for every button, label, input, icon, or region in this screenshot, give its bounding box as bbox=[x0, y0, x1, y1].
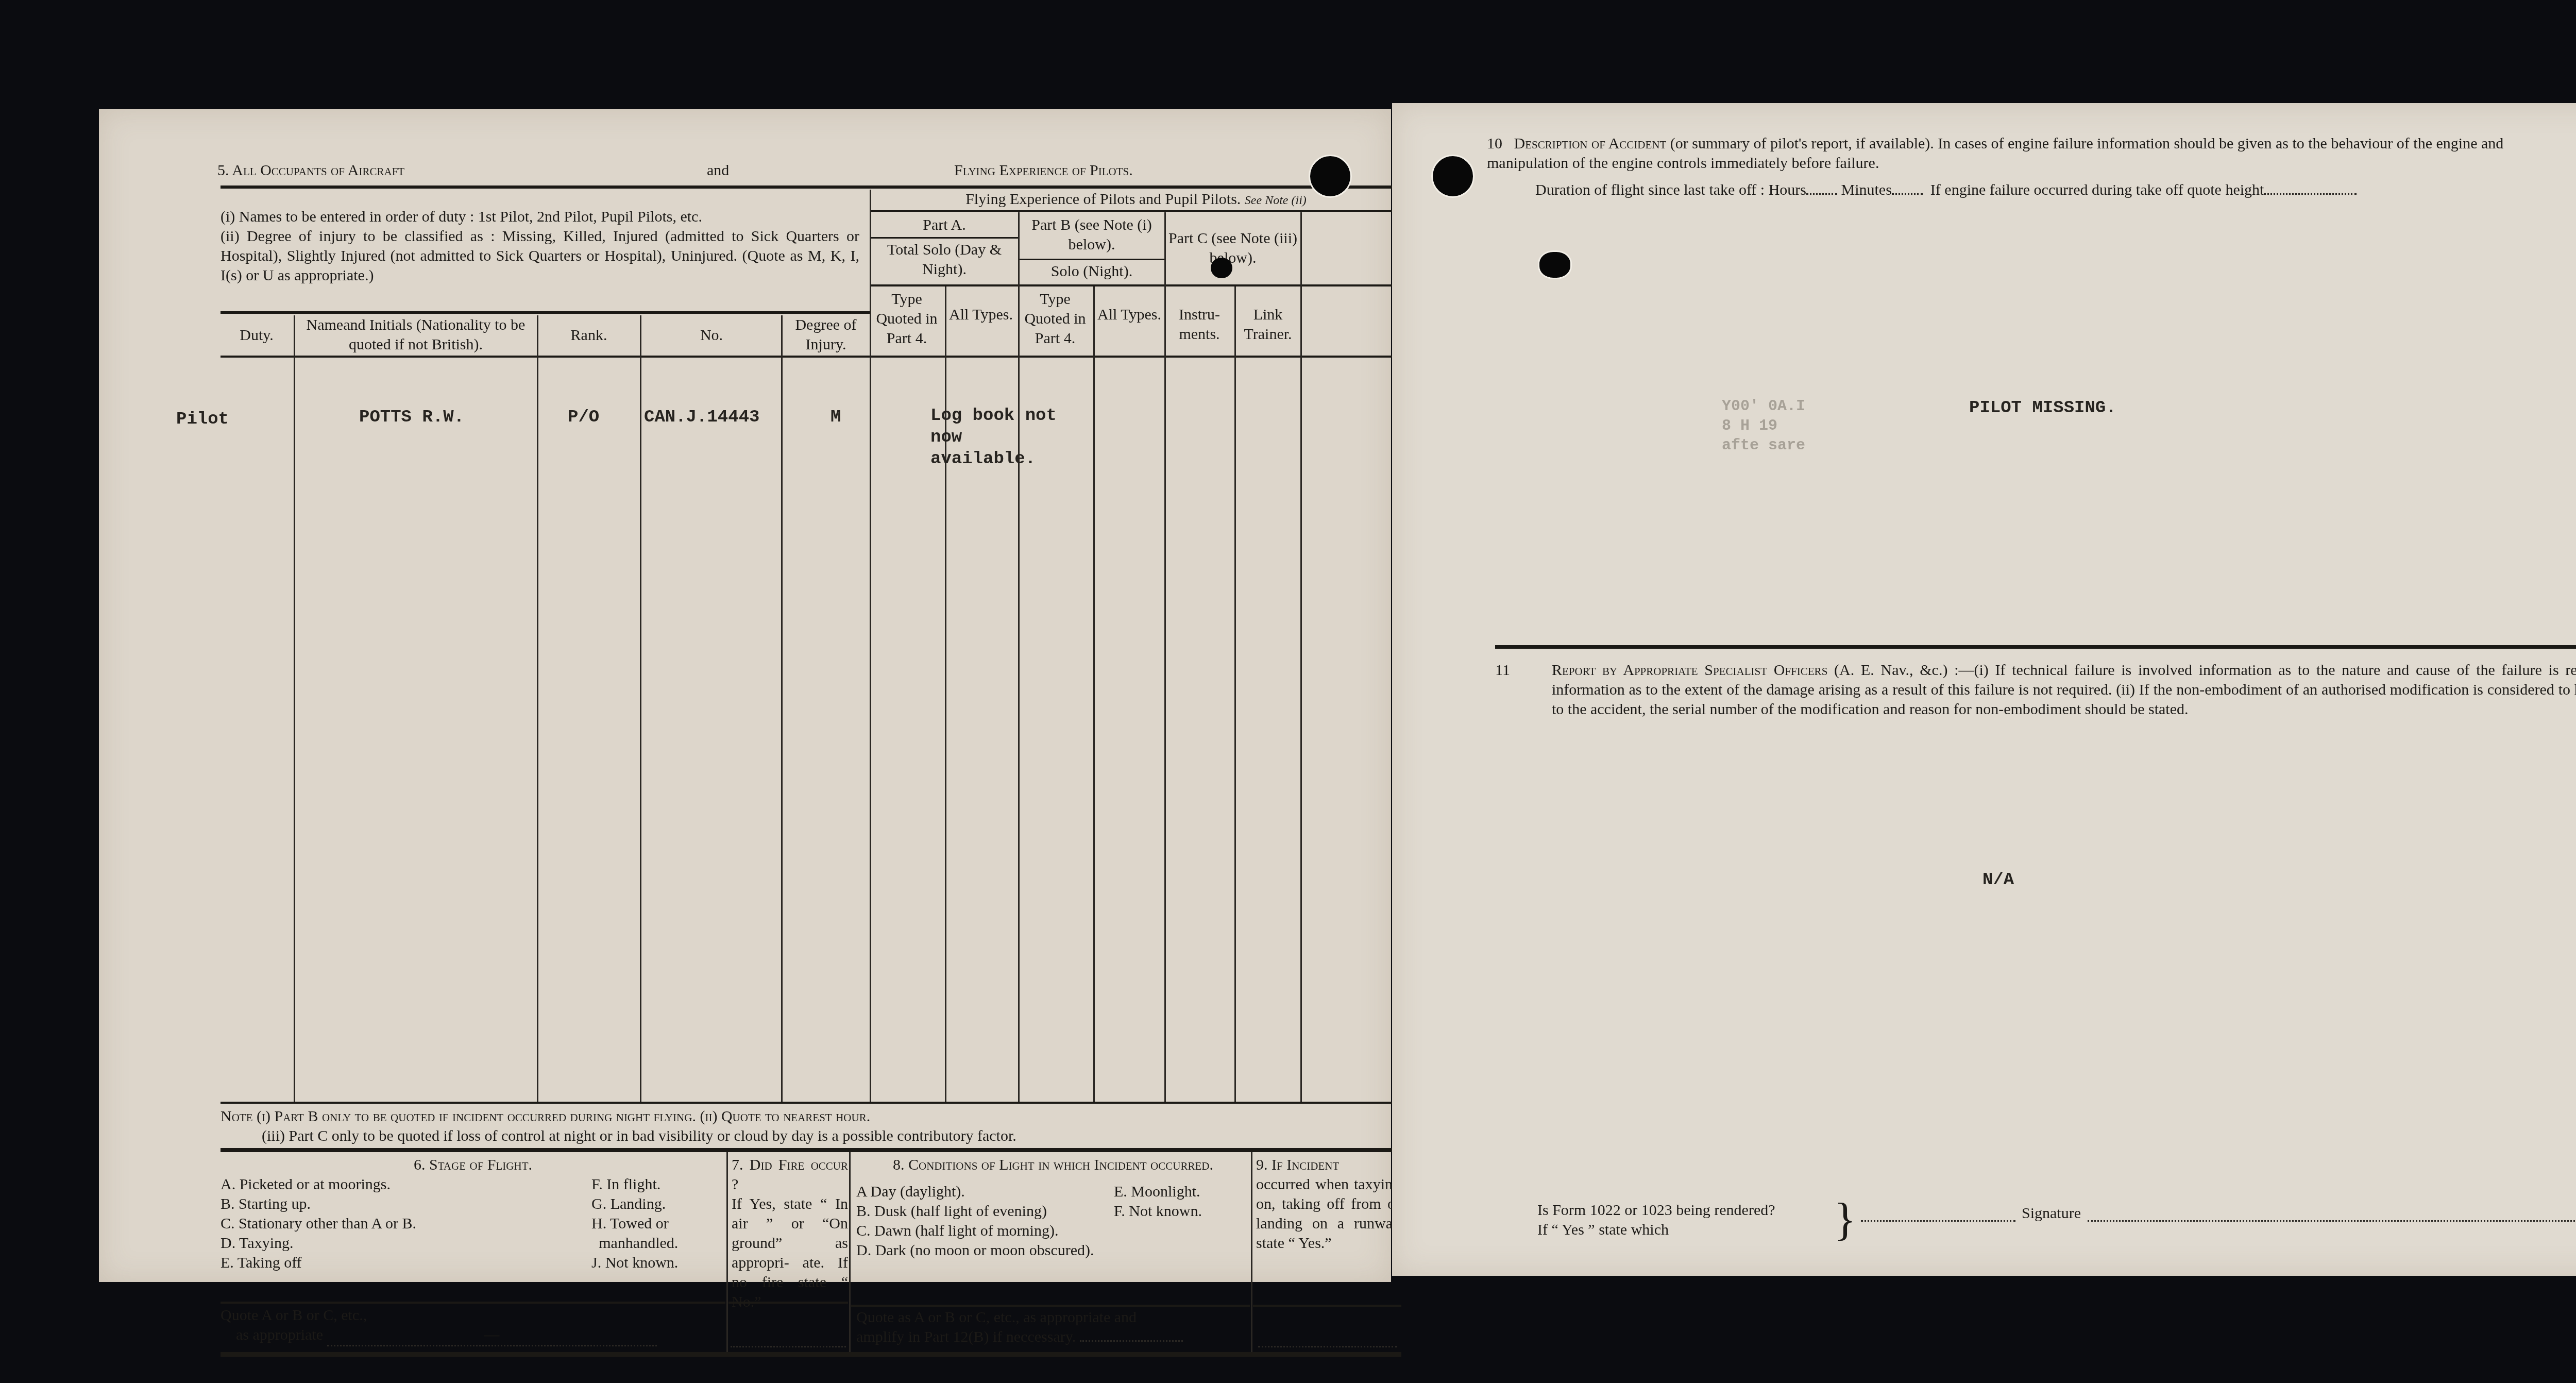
accident-description: PILOT MISSING. bbox=[1969, 397, 2116, 419]
stage-option-c: C. Stationary other than A or B. bbox=[221, 1214, 591, 1234]
part-b-title: Part B (see Note (i) below). bbox=[1019, 215, 1164, 255]
minutes-field[interactable] bbox=[1892, 193, 1923, 195]
section6: 6. Stage of Flight. A. Picketed or at mo… bbox=[221, 1155, 725, 1273]
duration-line: Duration of flight since last take off :… bbox=[1535, 180, 2566, 200]
section9: 9. If Incident occurred when taxying on,… bbox=[1256, 1155, 1400, 1253]
section5-title: 5. All Occupants of Aircraft bbox=[217, 161, 404, 180]
ink-blot bbox=[1211, 258, 1232, 278]
stage-option-b: B. Starting up. bbox=[221, 1194, 591, 1214]
col-duty: Duty. bbox=[221, 326, 293, 345]
note-2: (iii) Part C only to be quoted if loss o… bbox=[221, 1126, 1400, 1146]
col-link: Link Trainer. bbox=[1235, 305, 1300, 344]
cell-experience: Log book not now available. bbox=[930, 405, 1064, 470]
form-question: Is Form 1022 or 1023 being rendered? If … bbox=[1537, 1201, 1775, 1240]
section8: 8. Conditions of Light in which Incident… bbox=[856, 1155, 1250, 1260]
cell-name: POTTS R.W. bbox=[359, 406, 464, 429]
brace: } bbox=[1834, 1198, 1856, 1243]
stage-option-g: G. Landing. bbox=[591, 1194, 678, 1214]
light-option-c: C. Dawn (half light of morning). bbox=[856, 1221, 1250, 1241]
section11: 11 Report by Appropriate Specialist Offi… bbox=[1495, 661, 2576, 719]
light-conditions-field[interactable] bbox=[1080, 1340, 1183, 1342]
col-b-type: Type Quoted in Part 4. bbox=[1019, 290, 1091, 348]
instruction-2: (ii) Degree of injury to be classified a… bbox=[221, 227, 859, 285]
notes: Note (i) Part B only to be quoted if inc… bbox=[221, 1107, 1400, 1146]
cell-no: CAN.J.14443 bbox=[644, 406, 759, 429]
light-option-f: F. Not known. bbox=[1114, 1202, 1202, 1221]
section11-number: 11 bbox=[1495, 661, 1552, 719]
section6-footer: Quote A or B or C, etc., as appropriate … bbox=[221, 1306, 725, 1346]
section10: 10 Description of Accident (or summary o… bbox=[1487, 134, 2569, 173]
light-option-d: D. Dark (no moon or moon obscured). bbox=[856, 1241, 1250, 1260]
light-option-b: B. Dusk (half light of evening) bbox=[856, 1202, 1114, 1221]
faint-typed-text: Y00' 0A.I 8 H 19 afte sare bbox=[1722, 397, 1805, 456]
hours-field[interactable] bbox=[1806, 193, 1837, 195]
section6-title: 6. Stage of Flight. bbox=[221, 1155, 725, 1175]
part-b-subtitle: Solo (Night). bbox=[1019, 262, 1164, 281]
section9-title: 9. If Incident bbox=[1256, 1155, 1400, 1175]
part-c-title: Part C (see Note (iii) below). bbox=[1165, 229, 1300, 268]
rule-bottom bbox=[221, 1352, 1401, 1357]
section8-title: 8. Conditions of Light in which Incident… bbox=[856, 1155, 1250, 1175]
right-page: 10 Description of Accident (or summary o… bbox=[1392, 103, 2576, 1276]
col-a-all: All Types. bbox=[946, 305, 1016, 325]
punch-hole-left bbox=[1309, 155, 1352, 198]
stage-option-j: J. Not known. bbox=[591, 1253, 678, 1273]
rule-header-bottom bbox=[221, 356, 1401, 358]
height-field[interactable] bbox=[2264, 193, 2357, 195]
note-1: Note (i) Part B only to be quoted if inc… bbox=[221, 1107, 1400, 1126]
signature-label: Signature bbox=[2022, 1204, 2081, 1223]
tear-mark bbox=[1538, 250, 1572, 279]
rule-section11 bbox=[1495, 645, 2576, 649]
part-a-subtitle: Total Solo (Day & Night). bbox=[871, 240, 1018, 279]
section10-title: Description of Accident bbox=[1514, 135, 1667, 152]
section7: 7. Did Fire occur ? If Yes, state “ In a… bbox=[732, 1155, 848, 1312]
col-rank: Rank. bbox=[538, 326, 640, 345]
col-b-all: All Types. bbox=[1094, 305, 1164, 325]
stage-option-h: H. Towed or bbox=[591, 1214, 678, 1234]
stage-option-a: A. Picketed or at moorings. bbox=[221, 1175, 591, 1194]
runway-field[interactable] bbox=[1258, 1330, 1397, 1347]
col-instruments: Instru- ments. bbox=[1165, 305, 1233, 344]
instructions: (i) Names to be entered in order of duty… bbox=[221, 207, 859, 285]
section5-title-right: Flying Experience of Pilots. bbox=[954, 161, 1133, 180]
section7-title: 7. Did Fire occur ? bbox=[732, 1155, 848, 1194]
section5-and: and bbox=[707, 161, 729, 180]
section9-text: occurred when taxying on, taking off fro… bbox=[1256, 1175, 1400, 1253]
col-no: No. bbox=[641, 326, 782, 345]
cell-injury: M bbox=[831, 406, 841, 429]
specialist-report: N/A bbox=[1982, 869, 2014, 891]
cell-rank: P/O bbox=[568, 406, 599, 429]
cell-duty: Pilot bbox=[176, 408, 229, 431]
stage-option-f: F. In flight. bbox=[591, 1175, 678, 1194]
signature-field[interactable] bbox=[2088, 1205, 2576, 1222]
light-option-e: E. Moonlight. bbox=[1114, 1182, 1202, 1202]
stage-option-d: D. Taxying. bbox=[221, 1234, 591, 1253]
instruction-1: (i) Names to be entered in order of duty… bbox=[221, 207, 859, 227]
section11-title: Report by Appropriate Specialist Officer… bbox=[1552, 662, 1827, 679]
rule-top bbox=[221, 185, 1400, 189]
fire-field[interactable] bbox=[731, 1330, 846, 1347]
col-a-type: Type Quoted in Part 4. bbox=[871, 290, 943, 348]
light-option-a: A Day (daylight). bbox=[856, 1182, 1114, 1202]
rule-instructions bbox=[221, 311, 871, 314]
col-injury: Degree of Injury. bbox=[782, 315, 870, 355]
punch-hole-right bbox=[1431, 155, 1475, 198]
section8-footer: Quote as A or B or C, etc., as appropria… bbox=[856, 1308, 1250, 1347]
section7-text: If Yes, state “ In air ” or “On ground” … bbox=[732, 1194, 848, 1312]
part-a-title: Part A. bbox=[871, 215, 1018, 235]
form-type-field[interactable] bbox=[1861, 1205, 2015, 1222]
stage-of-flight-field[interactable]: — bbox=[327, 1325, 657, 1346]
stage-option-e: E. Taking off bbox=[221, 1253, 591, 1273]
left-page: 5. All Occupants of Aircraft and Flying … bbox=[99, 109, 1391, 1282]
section10-number: 10 bbox=[1487, 135, 1502, 152]
col-name: Nameand Initials (Nationality to be quot… bbox=[295, 315, 537, 355]
